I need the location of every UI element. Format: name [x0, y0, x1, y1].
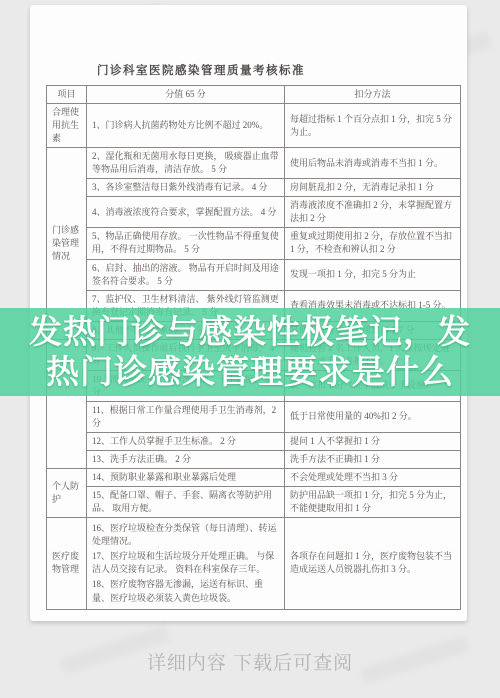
item-paragraph: 18、医疗废物容器无渗漏，运送有标识、重量、医疗垃圾必须装入黄色垃圾袋。: [92, 578, 279, 604]
item-cell: 3、各诊室整洁每日紫外线消毒有记录。 4 分: [87, 179, 285, 197]
table-row: 11、根据日常工作量合理使用手卫生消毒剂，2 分 低于日常使用量的 40%扣 2…: [47, 401, 461, 432]
item-paragraph: 17、医疗垃圾和生活垃圾分开处理正确。 与保洁人员交接有记录。 资料在科室保存三…: [92, 550, 279, 576]
download-hint-text: 详细内容 下载后可查阅: [0, 648, 500, 675]
table-row: 6、启封、抽出的溶液。 物品有开启时间及用途签名符合要求。 5 分 发现一项扣 …: [47, 259, 461, 290]
overlay-title-line1: 发热门诊与感染性极笔记，发: [29, 312, 471, 352]
header-cell-score: 分值 65 分: [87, 86, 285, 104]
table-row: 医疗废物管理 16、医疗垃圾检查分类保管（每日清理）、转运处理情况。 17、医疗…: [47, 518, 461, 609]
item-cell: 11、根据日常工作量合理使用手卫生消毒剂，2 分: [87, 401, 285, 432]
item-cell: 12、工作人员掌握手卫生标准。 2 分: [87, 433, 285, 451]
deduction-cell: 防护用品缺一项扣 1 分，扣完 5 分为止，不能便捷取用扣 1 分: [285, 487, 461, 518]
group-label-cell: 合理使用抗生素: [47, 104, 87, 148]
table-row: 15、配备口罩、帽子、手套、隔离衣等防护用品、 取用方便。 防护用品缺一项扣 1…: [47, 487, 461, 518]
item-cell: 14、预防职业暴露和职业暴露后处理: [87, 469, 285, 487]
item-cell: 5、物品正确使用存放。 一次性物品不得重复使用，不得有过期物品。 5 分: [87, 228, 285, 259]
header-cell-project: 项目: [47, 86, 87, 104]
deduction-cell: 使用后物品未消毒或消毒不当扣 1 分。: [285, 148, 461, 179]
deduction-cell: 重复或过期使用扣 2 分，存放位置不当扣 1 分，不检查和辨认扣 2 分: [285, 228, 461, 259]
item-cell: 15、配备口罩、帽子、手套、隔离衣等防护用品、 取用方便。: [87, 487, 285, 518]
table-row: 4、消毒液浓度符合要求，掌握配置方法。 4 分 消毒液浓度不准确扣 2 分，未掌…: [47, 197, 461, 228]
item-cell: 2、湿化瓶和无菌用水每日更换， 吸痰器止血带等物品用后消毒，清洁存放。 5 分: [87, 148, 285, 179]
overlay-title-line2: 热门诊感染管理要求是什么: [46, 352, 454, 392]
table-row: 3、各诊室整洁每日紫外线消毒有记录。 4 分 房间脏乱扣 2 分，无消毒记录扣 …: [47, 179, 461, 197]
table-row: 13、洗手方法正确。 2 分 洗手方法不正确扣 1 分: [47, 451, 461, 469]
table-row: 12、工作人员掌握手卫生标准。 2 分 提问 1 人不掌握扣 1 分: [47, 433, 461, 451]
deduction-cell: 提问 1 人不掌握扣 1 分: [285, 433, 461, 451]
item-cell: 13、洗手方法正确。 2 分: [87, 451, 285, 469]
header-cell-method: 扣分方法: [285, 86, 461, 104]
group-label-cell: 个人防护: [47, 469, 87, 518]
table-row: 5、物品正确使用存放。 一次性物品不得重复使用，不得有过期物品。 5 分 重复或…: [47, 228, 461, 259]
deduction-cell: 消毒液浓度不准确扣 2 分，未掌握配置方法扣 2 分: [285, 197, 461, 228]
document-preview-page: { "colors": { "page_background": "#eaeae…: [0, 0, 500, 698]
item-cell: 4、消毒液浓度符合要求，掌握配置方法。 4 分: [87, 197, 285, 228]
deduction-cell: 每超过指标 1 个百分点扣 1 分，扣完 5 分为止。: [285, 104, 461, 148]
item-cell: 16、医疗垃圾检查分类保管（每日清理）、转运处理情况。 17、医疗垃圾和生活垃圾…: [87, 518, 285, 609]
deduction-cell: 发现一项扣 1 分，扣完 5 分为止: [285, 259, 461, 290]
deduction-cell: 洗手方法不正确扣 1 分: [285, 451, 461, 469]
item-paragraph: 16、医疗垃圾检查分类保管（每日清理）、转运处理情况。: [92, 522, 279, 548]
item-cell: 6、启封、抽出的溶液。 物品有开启时间及用途签名符合要求。 5 分: [87, 259, 285, 290]
group-label-cell: 医疗废物管理: [47, 518, 87, 609]
deduction-cell: 低于日常使用量的 40%扣 2 分。: [285, 401, 461, 432]
overlay-title-banner: 发热门诊与感染性极笔记，发 热门诊感染管理要求是什么: [0, 308, 500, 396]
document-title: 门诊科室医院感染管理质量考核标准: [97, 62, 305, 78]
deduction-cell: 房间脏乱扣 2 分，无消毒记录扣 1 分: [285, 179, 461, 197]
deduction-cell: 不会处理或处理不当扣 3 分: [285, 469, 461, 487]
table-row: 门诊感染管理情况 2、湿化瓶和无菌用水每日更换， 吸痰器止血带等物品用后消毒，清…: [47, 148, 461, 179]
table-row: 合理使用抗生素 1、门诊病人抗菌药物处方比例不超过 20%。 每超过指标 1 个…: [47, 104, 461, 148]
item-cell: 1、门诊病人抗菌药物处方比例不超过 20%。: [87, 104, 285, 148]
table-row: 个人防护 14、预防职业暴露和职业暴露后处理 不会处理或处理不当扣 3 分: [47, 469, 461, 487]
table-header-row: 项目 分值 65 分 扣分方法: [47, 86, 461, 104]
deduction-cell: 各项存在问题扣 1 分，医疗废物包装不当造成运送人员锐器扎伤扣 3 分。: [285, 518, 461, 609]
